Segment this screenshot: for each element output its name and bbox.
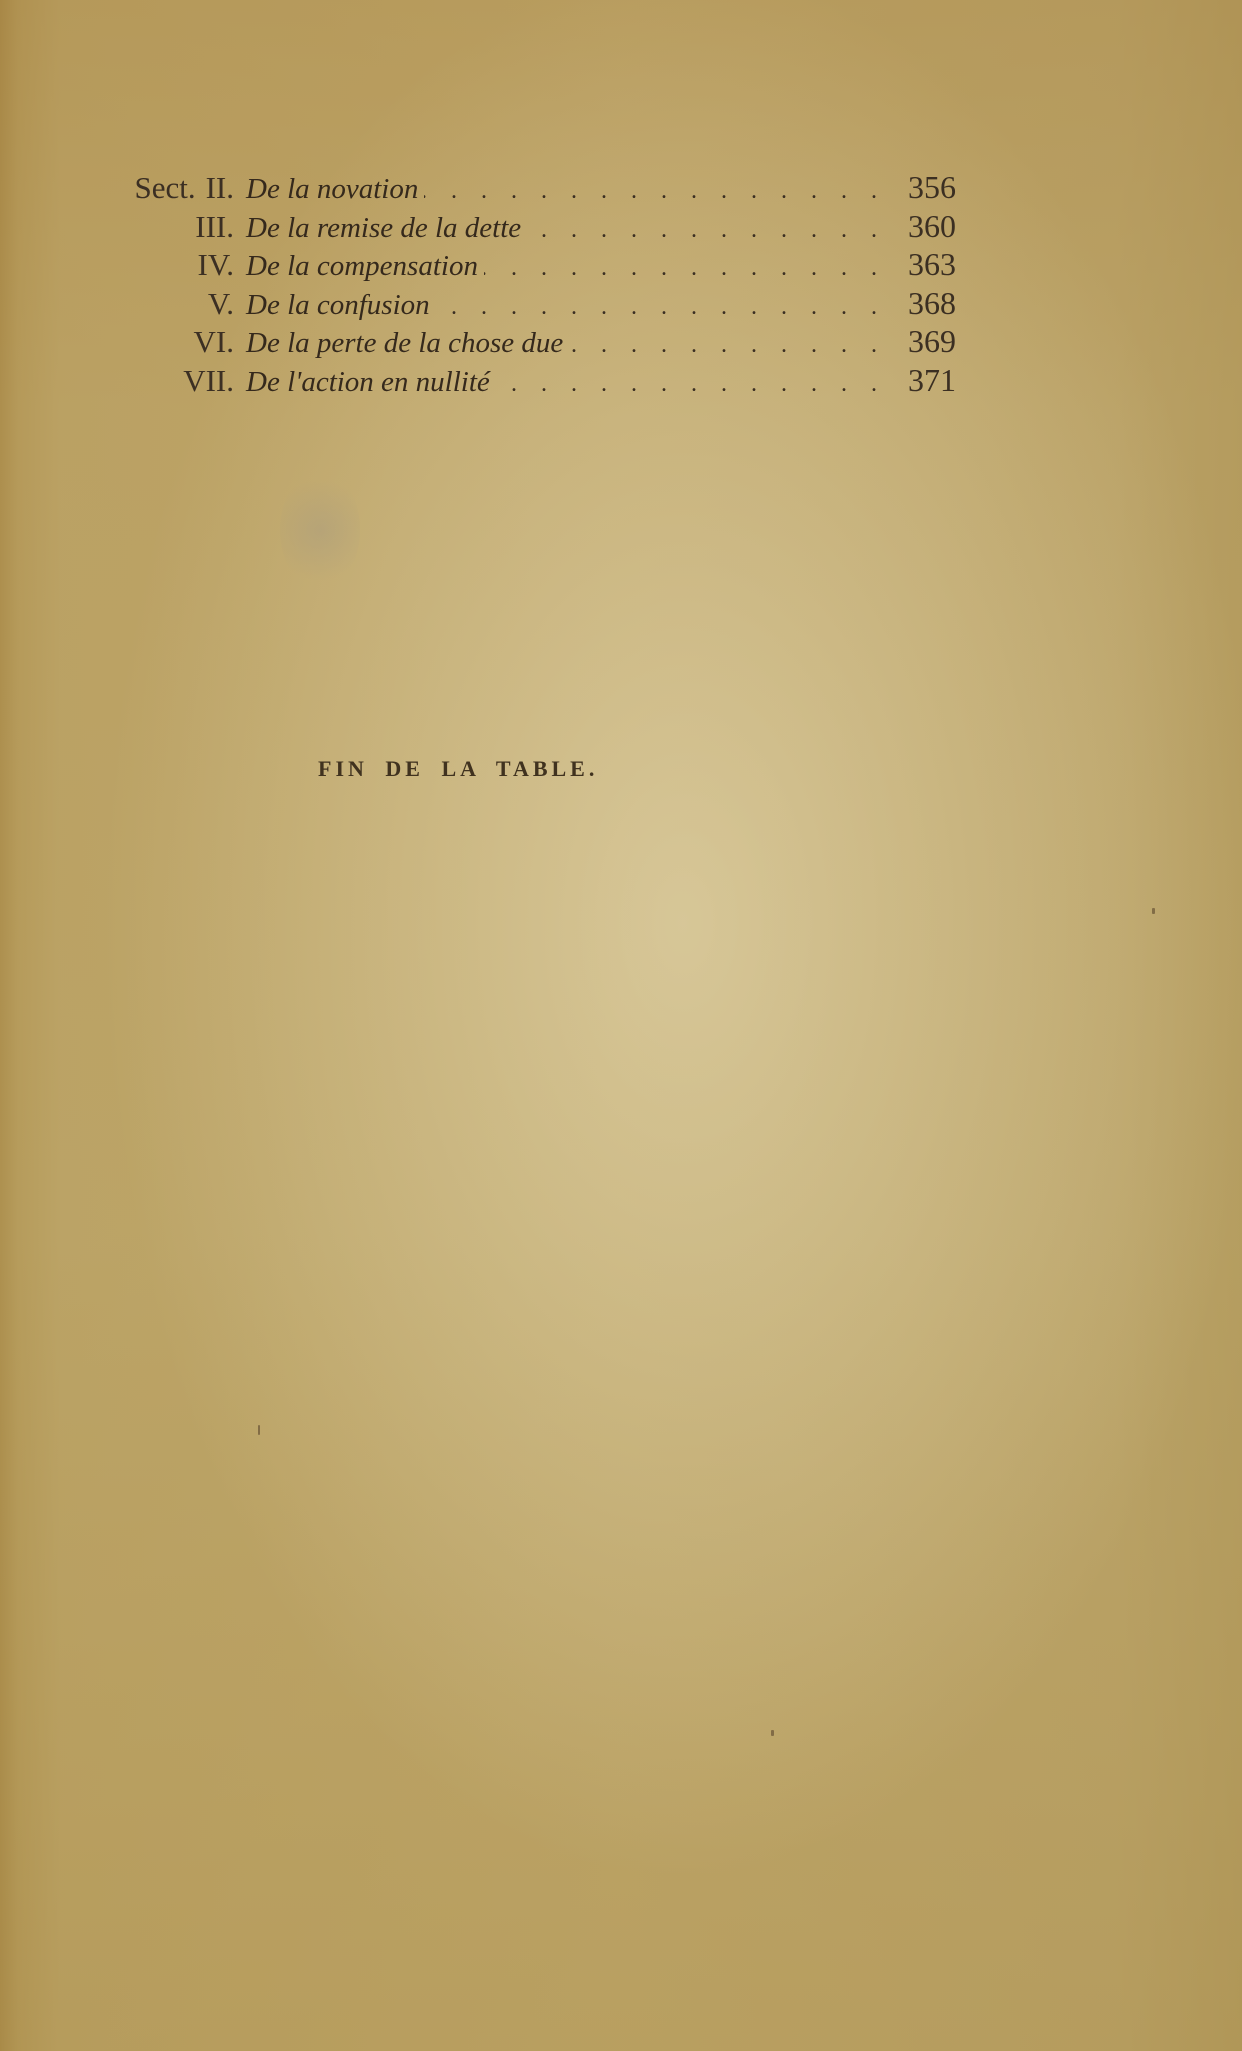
toc-page-number: 369 (892, 322, 956, 360)
toc-entry-title: De la novation (246, 170, 418, 208)
toc-leader-dots: . . . . . . . . . . . . . . . . . . . . … (436, 288, 886, 326)
toc-entry-title: De la remise de la dette (246, 209, 521, 247)
toc-entry: Sect.II. De la novation . . . . . . . . … (86, 168, 956, 207)
toc-section-numeral: V. (208, 286, 234, 321)
toc-entry-title: De la confusion (246, 286, 430, 324)
paper-stain (280, 470, 360, 590)
toc-entry: VI. De la perte de la chose due . . . . … (86, 322, 956, 361)
toc-entry-label: VII. (86, 362, 234, 400)
toc-page-number: 371 (892, 361, 956, 399)
toc-leader-dots: . . . . . . . . . . . . . . . . . . . . … (484, 249, 886, 287)
toc-section-numeral: IV. (198, 247, 234, 282)
toc-leader-dots: . . . . . . . . . . . . . . . . . . . . … (496, 365, 886, 403)
toc-section-numeral: VI. (194, 324, 234, 359)
paper-speck (258, 1425, 260, 1435)
book-page: Sect.II. De la novation . . . . . . . . … (0, 0, 1242, 2051)
toc-section-numeral: II. (206, 170, 234, 205)
toc-page-number: 363 (892, 245, 956, 283)
toc-leader-dots: . . . . . . . . . . . . . . . . . . . . … (527, 211, 886, 249)
toc-entry-label: III. (86, 208, 234, 246)
toc-entry: VII. De l'action en nullité . . . . . . … (86, 361, 956, 400)
paper-speck (1152, 908, 1155, 914)
toc-entry: IV. De la compensation . . . . . . . . .… (86, 245, 956, 284)
toc-section-numeral: VII. (183, 363, 234, 398)
table-of-contents: Sect.II. De la novation . . . . . . . . … (86, 168, 956, 399)
toc-entry-label: Sect.II. (86, 169, 234, 207)
toc-entry-label: V. (86, 285, 234, 323)
toc-section-numeral: III. (195, 209, 234, 244)
toc-entry-title: De la perte de la chose due (246, 324, 563, 362)
toc-page-number: 368 (892, 284, 956, 322)
toc-entry: V. De la confusion . . . . . . . . . . .… (86, 284, 956, 323)
toc-entry: III. De la remise de la dette . . . . . … (86, 207, 956, 246)
end-of-table-heading: FIN DE LA TABLE. (0, 756, 1242, 782)
toc-leader-dots: . . . . . . . . . . . . . . . . . . . . … (569, 326, 886, 364)
toc-entry-label: VI. (86, 323, 234, 361)
paper-speck (771, 1730, 774, 1736)
toc-leader-dots: . . . . . . . . . . . . . . . . . . . . … (424, 172, 886, 210)
toc-page-number: 360 (892, 207, 956, 245)
toc-entry-title: De l'action en nullité (246, 363, 490, 401)
toc-section-prefix: Sect. (134, 170, 195, 205)
toc-entry-title: De la compensation (246, 247, 478, 285)
toc-page-number: 356 (892, 168, 956, 206)
toc-entry-label: IV. (86, 246, 234, 284)
